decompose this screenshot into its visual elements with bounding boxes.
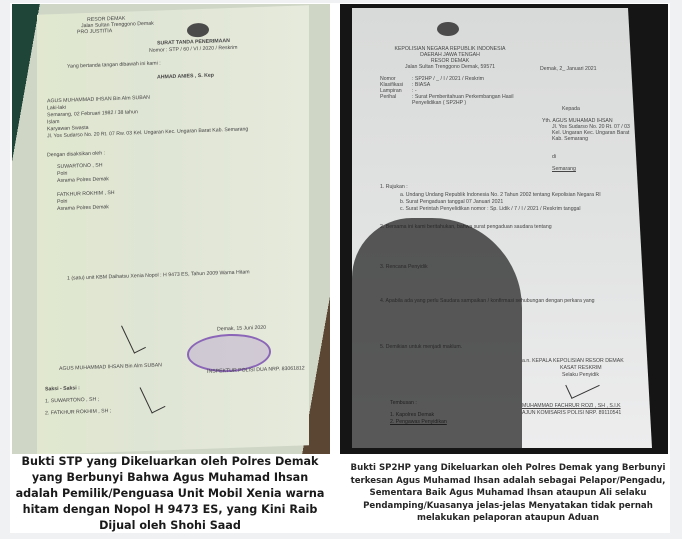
- sp2hp-document-photo: KEPOLISIAN NEGARA REPUBLIK INDONESIA DAE…: [340, 4, 668, 454]
- recipient-gender: Laki-laki: [47, 105, 66, 112]
- pro-justitia: PRO JUSTITIA: [77, 28, 112, 35]
- saksi-2: 2. FATKHUR ROKHIM , SH ;: [45, 408, 111, 416]
- point-1a: a. Undang Undang Republik Indonesia No. …: [400, 192, 601, 198]
- saksi-label: Saksi - Saksi :: [45, 385, 80, 392]
- stp-paper: RESOR DEMAK Jalan Sultan Trenggono Demak…: [37, 5, 309, 454]
- signature-unit: KASAT RESKRIM: [560, 365, 602, 371]
- signer-rank: AJUN KOMISARIS POLISI NRP. 89110541: [522, 410, 621, 416]
- document-date: Demak, 2_ Januari 2021: [540, 66, 597, 72]
- witness-1-address: Asrama Polres Demak: [57, 176, 109, 184]
- stp-document-photo: RESOR DEMAK Jalan Sultan Trenggono Demak…: [12, 4, 330, 454]
- sp2hp-paper: KEPOLISIAN NEGARA REPUBLIK INDONESIA DAE…: [352, 8, 652, 448]
- meta-perihal-value: : Surat Pemberitahuan Perkembangan Hasil…: [412, 94, 522, 106]
- owner-signer: AGUS MUHAMMAD IHSAN Bin Alm SUBAN: [59, 362, 162, 372]
- witness-2-name: FATKHUR ROKHIM , SH: [57, 190, 115, 198]
- point-1c: c. Surat Perintah Penyelidikan nomor : S…: [400, 206, 581, 212]
- point-1b: b. Surat Pengaduan tanggal 07 Januari 20…: [400, 199, 503, 205]
- kepada-label: Kepada: [562, 106, 580, 112]
- signature-title: a.n. KEPALA KEPOLISIAN RESOR DEMAK: [522, 358, 624, 364]
- witness-2-address: Asrama Polres Demak: [57, 204, 109, 212]
- witness-2-job: Polri: [57, 199, 67, 205]
- item-description: 1 (satu) unit KBM Daihatsu Xenia Nopol :…: [67, 269, 250, 281]
- caption-left: Bukti STP yang Dikeluarkan oleh Polres D…: [14, 456, 326, 531]
- addressee-kab: Kab. Semarang: [552, 136, 588, 142]
- header-org-4: Jalan Sultan Trenggono Demak, 59571: [380, 64, 520, 70]
- police-crest-icon: [187, 23, 209, 38]
- point-1: 1. Rujukan :: [380, 184, 408, 190]
- addressee-city: Semarang: [552, 166, 576, 172]
- saksi-1: 1. SUWARTONO , SH ;: [45, 397, 99, 405]
- recipient-religion: Islam: [47, 119, 59, 125]
- police-crest-icon: [437, 22, 459, 36]
- signature-icon: [121, 320, 146, 354]
- intro-text: Yang bertanda tangan dibawah ini kami :: [67, 60, 161, 69]
- meta-perihal-label: Perihal: [380, 94, 396, 100]
- document-date: Demak, 15 Juni 2020: [217, 325, 266, 333]
- signer-name: MUHAMMAD FACHRUR ROZI , SH , S.I.K: [522, 403, 621, 409]
- caption-right: Bukti SP2HP yang Dikeluarkan oleh Polres…: [348, 456, 668, 531]
- recipient-name: AGUS MUHAMMAD IHSAN Bin Alm SUBAN: [47, 95, 150, 105]
- witness-label: Dengan disaksikan oleh :: [47, 150, 105, 158]
- addressee-di: di: [552, 154, 556, 160]
- officer-name: AHMAD ANIES , S. Kep: [157, 73, 214, 81]
- witness-signature-icon: [140, 381, 166, 414]
- witness-1-name: SUWARTONO , SH: [57, 162, 102, 170]
- hand-shadow: [352, 218, 522, 454]
- witness-1-job: Polri: [57, 171, 67, 177]
